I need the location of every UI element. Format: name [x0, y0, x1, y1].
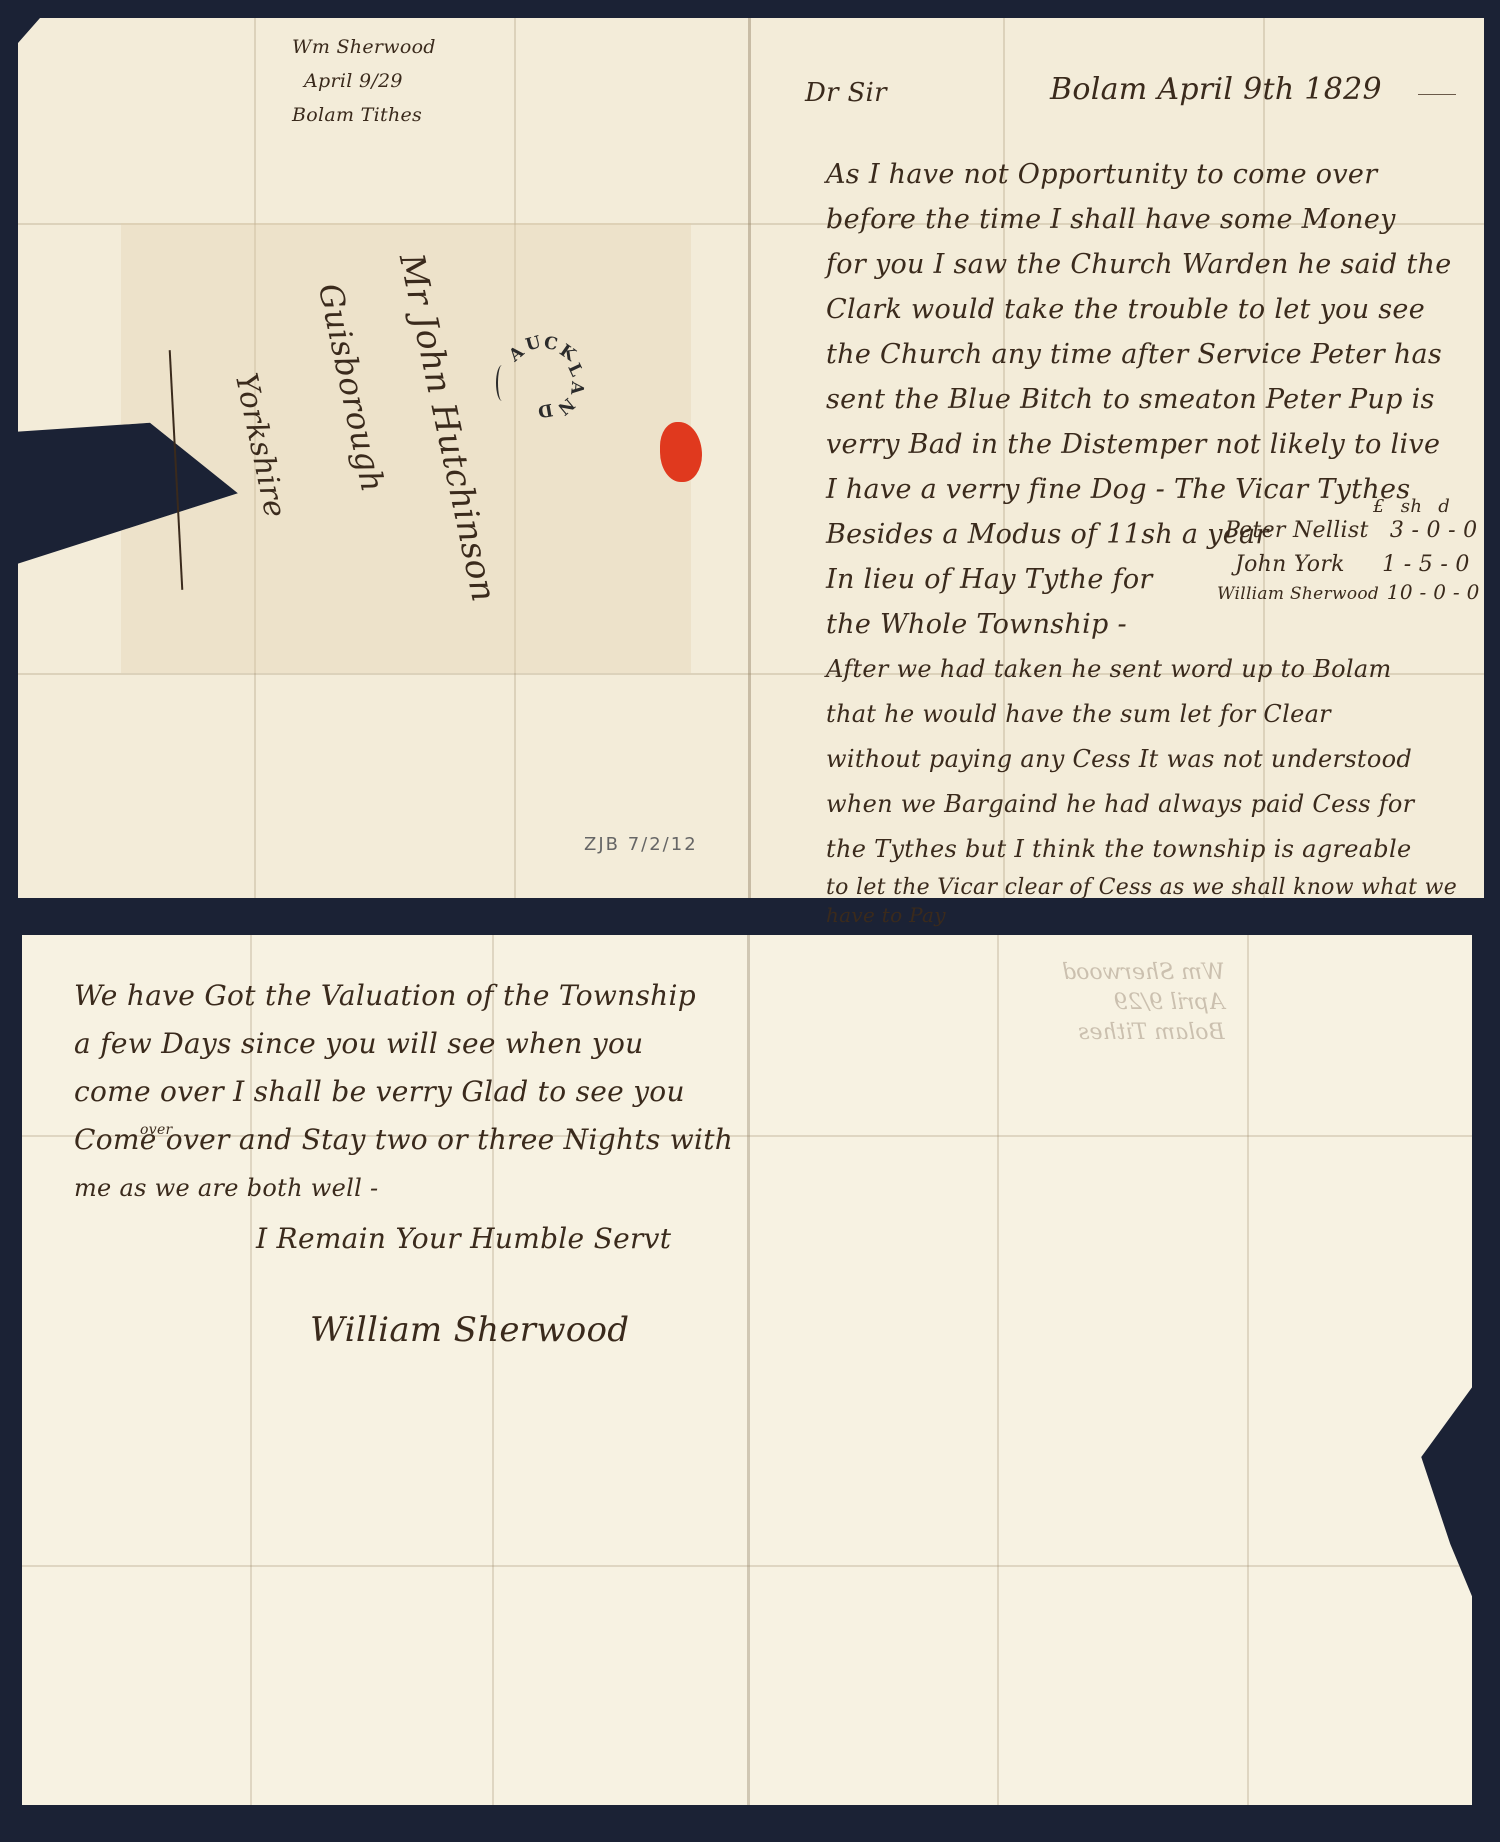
row-amount: 10 - 0 - 0: [1387, 580, 1480, 604]
docket-line: Bolam Tithes: [292, 98, 436, 132]
fold-line: [997, 935, 999, 1805]
header-pounds: £: [1373, 496, 1385, 517]
body-line: to let the Vicar clear of Cess as we sha…: [826, 872, 1466, 904]
row-name: Peter Nellist: [1225, 518, 1369, 543]
header-shillings: sh: [1401, 496, 1422, 517]
row-name: John York: [1235, 552, 1345, 577]
body-line: I have a verry fine Dog - The Vicar Tyth…: [826, 467, 1466, 512]
docket-line: April 9/29: [292, 64, 436, 98]
body-line: me as we are both well -: [74, 1164, 734, 1212]
body-line: verry Bad in the Distemper not likely to…: [826, 422, 1466, 467]
body-line: have to Pay: [826, 904, 1466, 926]
body-line: without paying any Cess It was not under…: [826, 737, 1466, 782]
docket: Wm Sherwood April 9/29 Bolam Tithes: [292, 30, 436, 132]
table-row: Peter Nellist 3 - 0 - 0: [1225, 518, 1477, 543]
address-line-county: Yorkshire: [228, 370, 293, 521]
header-pence: d: [1438, 496, 1450, 517]
postmark-auckland: A U C K L A N D AUCKLAND: [492, 330, 588, 426]
body-line: when we Bargaind he had always paid Cess…: [826, 782, 1466, 827]
table-header: £ sh d: [1373, 496, 1450, 517]
center-fold: [748, 18, 751, 898]
body-line: Come over and Stay two or three Nights w…: [74, 1116, 734, 1164]
salutation: Dr Sir: [805, 78, 887, 108]
dateline: Bolam April 9th 1829: [1050, 72, 1382, 107]
center-fold: [747, 935, 750, 1805]
flourish-stroke: [169, 350, 184, 590]
faded-line: Wm Sherwood: [1062, 958, 1225, 988]
insertion-mark: over: [140, 1122, 173, 1138]
archive-reference: ZJB 7/2/12: [584, 834, 698, 855]
body-line: a few Days since you will see when you: [74, 1020, 734, 1068]
body-line: the Tythes but I think the township is a…: [826, 827, 1466, 872]
bleed-through-docket: Wm Sherwood April 9/29 Bolam Tithes: [1062, 958, 1225, 1048]
closing: I Remain Your Humble Servt: [256, 1222, 671, 1255]
body-line: After we had taken he sent word up to Bo…: [826, 647, 1466, 692]
address-line-town: Guisborough: [311, 280, 392, 495]
fold-line: [22, 1565, 1472, 1567]
faded-line: Bolam Tithes: [1062, 1018, 1225, 1048]
address-block: Mr John Hutchinson Guisborough Yorkshire: [120, 230, 460, 650]
body-line: Clark would take the trouble to let you …: [826, 287, 1466, 332]
signature: William Sherwood: [310, 1310, 629, 1350]
body-line: for you I saw the Church Warden he said …: [826, 242, 1466, 287]
row-name: William Sherwood: [1217, 584, 1379, 604]
body-line: the Church any time after Service Peter …: [826, 332, 1466, 377]
row-amount: 3 - 0 - 0: [1390, 518, 1478, 543]
body-line: sent the Blue Bitch to smeaton Peter Pup…: [826, 377, 1466, 422]
body-line: We have Got the Valuation of the Townshi…: [74, 972, 734, 1020]
letter-continuation: We have Got the Valuation of the Townshi…: [74, 972, 734, 1212]
body-line: that he would have the sum let for Clear: [826, 692, 1466, 737]
table-row: William Sherwood 10 - 0 - 0: [1217, 580, 1480, 604]
faded-line: April 9/29: [1062, 988, 1225, 1018]
body-line: the Whole Township -: [826, 602, 1466, 647]
table-row: John York 1 - 5 - 0: [1235, 552, 1470, 577]
dateline-rule: [1418, 94, 1456, 95]
postmark-arc: [496, 365, 508, 401]
row-amount: 1 - 5 - 0: [1382, 552, 1470, 577]
body-line: As I have not Opportunity to come over: [826, 152, 1466, 197]
body-line: before the time I shall have some Money: [826, 197, 1466, 242]
docket-line: Wm Sherwood: [292, 30, 436, 64]
fold-line: [1247, 935, 1249, 1805]
body-line: come over I shall be verry Glad to see y…: [74, 1068, 734, 1116]
